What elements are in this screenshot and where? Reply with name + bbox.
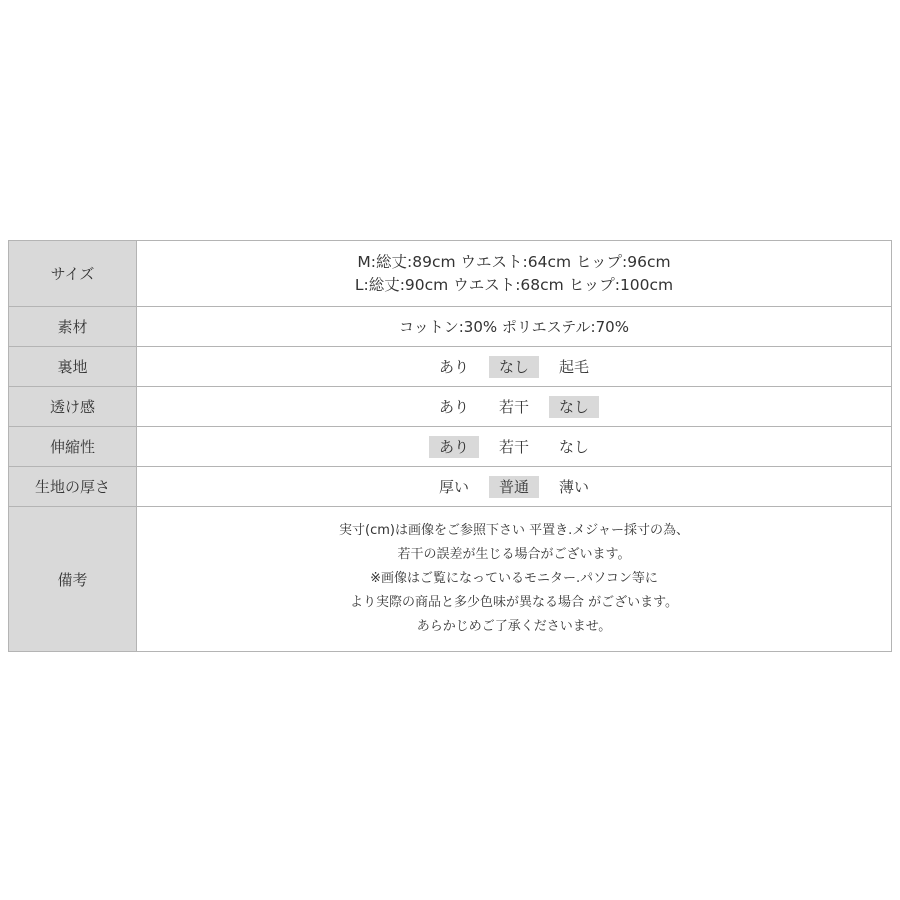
size-value: M:総丈:89cm ウエスト:64cm ヒップ:96cm L:総丈:90cm ウ… xyxy=(137,241,892,307)
size-label: サイズ xyxy=(9,241,137,307)
row-material: 素材 コットン:30% ポリエステル:70% xyxy=(9,307,892,347)
thickness-option-normal: 普通 xyxy=(489,476,539,498)
stretch-options: あり 若干 なし xyxy=(429,436,599,458)
sheerness-options: あり 若干 なし xyxy=(429,396,599,418)
lining-option-nashi: なし xyxy=(489,356,539,378)
lining-label: 裏地 xyxy=(9,347,137,387)
notes-label: 備考 xyxy=(9,507,137,652)
notes-value: 実寸(cm)は画像をご参照下さい 平置き.メジャー採寸の為、 若干の誤差が生じる… xyxy=(137,507,892,652)
row-thickness: 生地の厚さ 厚い 普通 薄い xyxy=(9,467,892,507)
notes-line: あらかじめご了承くださいませ。 xyxy=(137,615,891,639)
lining-option-kimo: 起毛 xyxy=(549,356,599,378)
row-sheerness: 透け感 あり 若干 なし xyxy=(9,387,892,427)
sheerness-label: 透け感 xyxy=(9,387,137,427)
thickness-options: 厚い 普通 薄い xyxy=(429,476,599,498)
row-stretch: 伸縮性 あり 若干 なし xyxy=(9,427,892,467)
sheerness-option-jakkan: 若干 xyxy=(489,396,539,418)
material-label: 素材 xyxy=(9,307,137,347)
stretch-option-nashi: なし xyxy=(549,436,599,458)
stretch-label: 伸縮性 xyxy=(9,427,137,467)
sheerness-option-ari: あり xyxy=(429,396,479,418)
product-spec-table: サイズ M:総丈:89cm ウエスト:64cm ヒップ:96cm L:総丈:90… xyxy=(8,240,892,652)
row-lining: 裏地 あり なし 起毛 xyxy=(9,347,892,387)
row-size: サイズ M:総丈:89cm ウエスト:64cm ヒップ:96cm L:総丈:90… xyxy=(9,241,892,307)
notes-line: 実寸(cm)は画像をご参照下さい 平置き.メジャー採寸の為、 xyxy=(137,519,891,543)
notes-line: 若干の誤差が生じる場合がございます。 xyxy=(137,543,891,567)
sheerness-option-nashi: なし xyxy=(549,396,599,418)
notes-line: より実際の商品と多少色味が異なる場合 がございます。 xyxy=(137,591,891,615)
material-value: コットン:30% ポリエステル:70% xyxy=(137,307,892,347)
lining-option-ari: あり xyxy=(429,356,479,378)
size-line-l: L:総丈:90cm ウエスト:68cm ヒップ:100cm xyxy=(137,274,891,297)
row-notes: 備考 実寸(cm)は画像をご参照下さい 平置き.メジャー採寸の為、 若干の誤差が… xyxy=(9,507,892,652)
lining-options: あり なし 起毛 xyxy=(429,356,599,378)
notes-line: ※画像はご覧になっているモニター.パソコン等に xyxy=(137,567,891,591)
stretch-option-jakkan: 若干 xyxy=(489,436,539,458)
thickness-option-thick: 厚い xyxy=(429,476,479,498)
size-line-m: M:総丈:89cm ウエスト:64cm ヒップ:96cm xyxy=(137,251,891,274)
stretch-option-ari: あり xyxy=(429,436,479,458)
thickness-option-thin: 薄い xyxy=(549,476,599,498)
thickness-label: 生地の厚さ xyxy=(9,467,137,507)
